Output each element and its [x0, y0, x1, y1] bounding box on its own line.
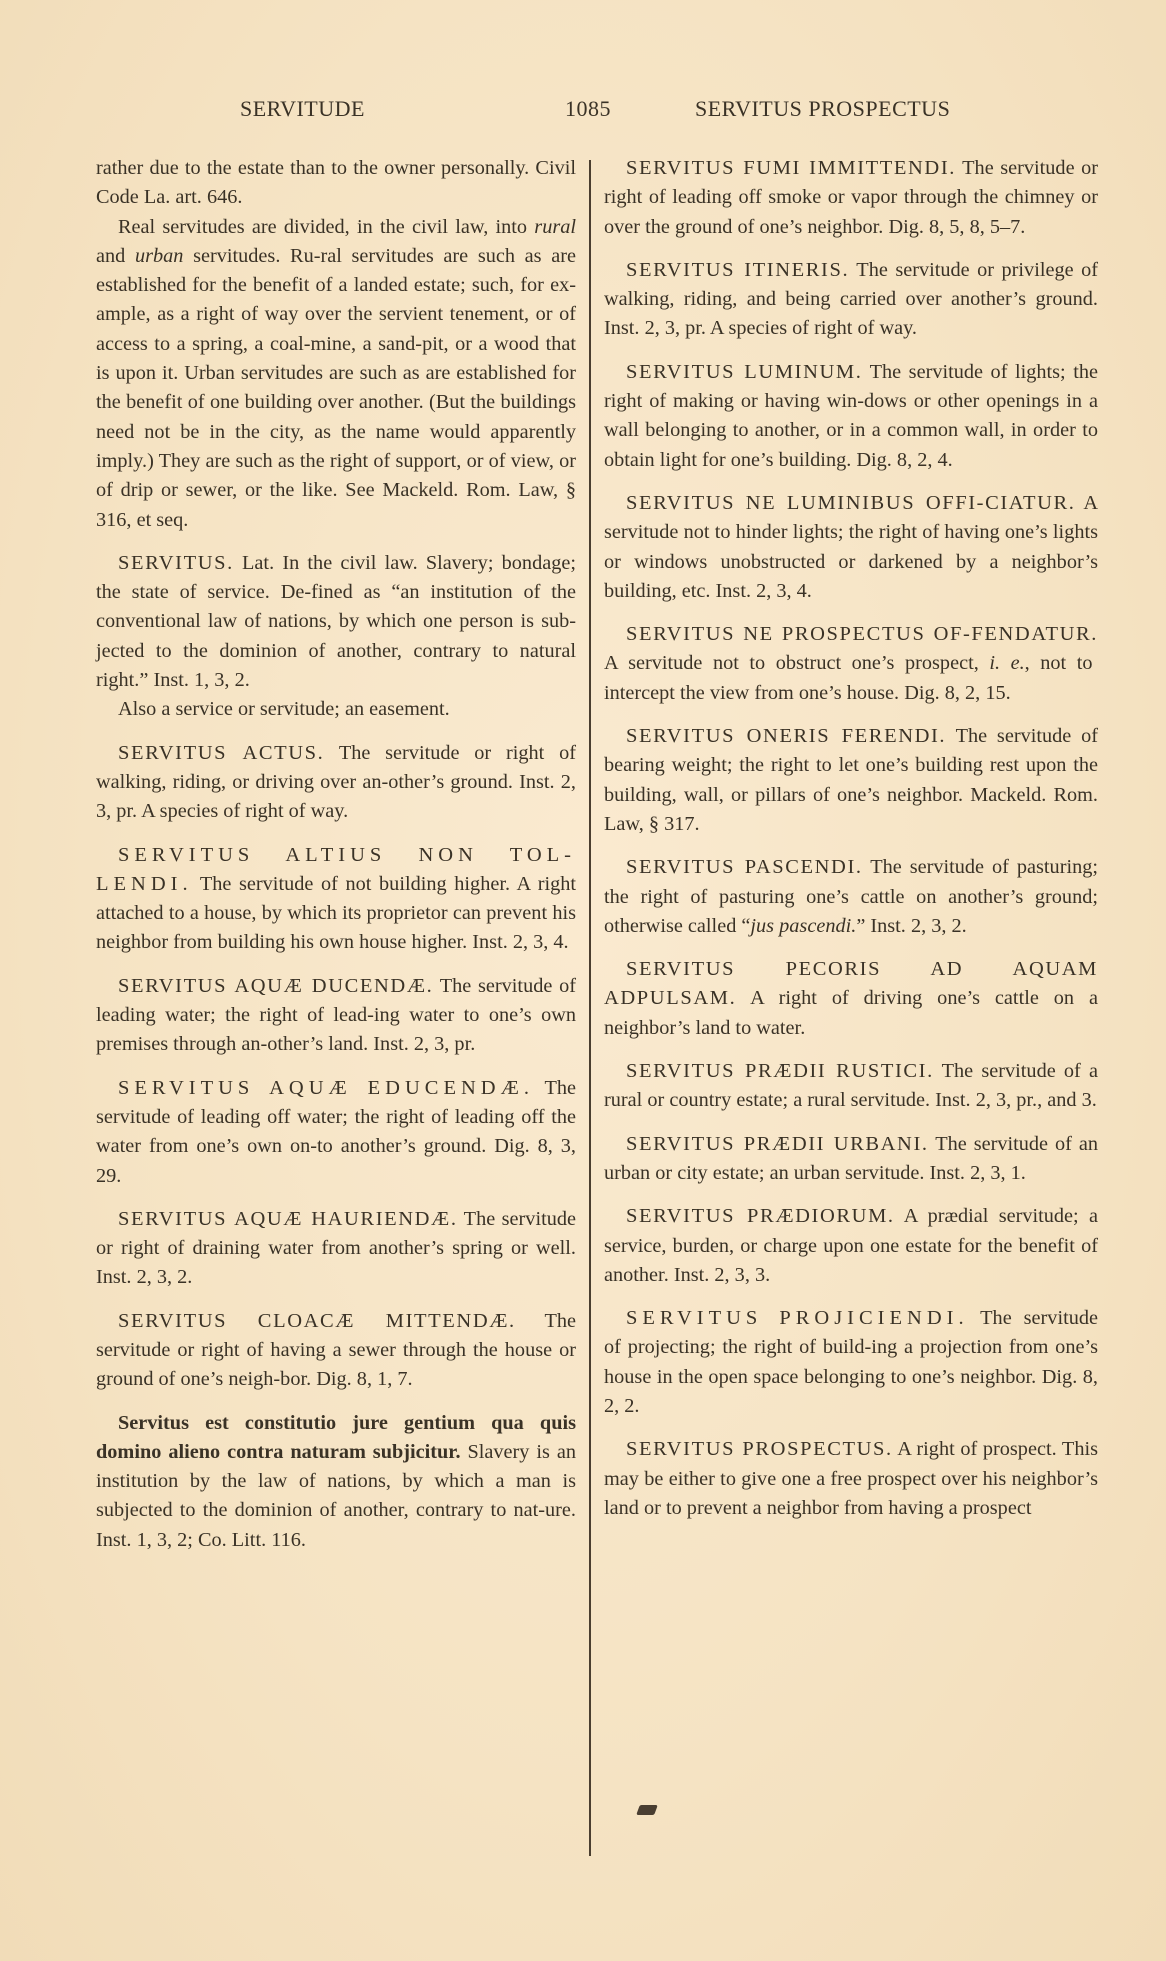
headword: SERVITUS ITINERIS.	[626, 259, 849, 281]
italic-term-rural: rural	[534, 216, 576, 238]
headword: SERVITUS PROSPECTUS.	[626, 1438, 893, 1460]
definition: ” Inst. 2, 3, 2.	[856, 915, 966, 937]
entry-servitus-altius-non-tollendi: SERVITUS ALTIUS NON TOL-LENDI. The servi…	[96, 841, 576, 958]
text-run: servitudes. Ru-ral servitudes are such a…	[96, 245, 576, 531]
headword: SERVITUS.	[118, 552, 234, 574]
headword: SERVITUS NE PROSPECTUS OF-FENDATUR.	[626, 623, 1098, 645]
headword: SERVITUS CLOACÆ MITTENDÆ.	[118, 1310, 516, 1332]
definition: Also a service or servitude; an easement…	[118, 698, 450, 720]
right-guide-word: SERVITUS PROSPECTUS	[695, 96, 950, 122]
headword: SERVITUS AQUÆ EDUCENDÆ.	[118, 1077, 534, 1099]
entry-servitus-aquae-educendae: SERVITUS AQUÆ EDUCENDÆ. The servitude of…	[96, 1074, 576, 1191]
left-guide-word: SERVITUDE	[240, 96, 365, 122]
entry-servitus-pecoris-ad-aquam-adpulsam: SERVITUS PECORIS AD AQUAM ADPULSAM. A ri…	[604, 955, 1098, 1043]
headword: SERVITUS ONERIS FERENDI.	[626, 725, 946, 747]
entry-servitus-aquae-ducendae: SERVITUS AQUÆ DUCENDÆ. The servitude of …	[96, 972, 576, 1060]
column-divider	[589, 160, 591, 1856]
entry-servitus-prospectus: SERVITUS PROSPECTUS. A right of prospect…	[604, 1435, 1098, 1523]
italic-abbreviation: i. e.	[989, 652, 1024, 674]
right-column: SERVITUS FUMI IMMITTENDI. The servitude …	[604, 154, 1098, 1523]
headword: SERVITUS AQUÆ HAURIENDÆ.	[118, 1208, 458, 1230]
text-run: Real servitudes are divided, in the civi…	[118, 216, 534, 238]
page-number: 1085	[565, 96, 611, 122]
entry-servitus-praediorum: SERVITUS PRÆDIORUM. A prædial servitude;…	[604, 1202, 1098, 1290]
entry-servitus-ne-luminibus-officiatur: SERVITUS NE LUMINIBUS OFFI-CIATUR. A ser…	[604, 489, 1098, 606]
entry-servitus-oneris-ferendi: SERVITUS ONERIS FERENDI. The servitude o…	[604, 722, 1098, 839]
running-head: SERVITUDE 1085 SERVITUS PROSPECTUS	[240, 96, 1020, 126]
latin-maxim: Servitus est constitutio jure gentium qu…	[96, 1409, 576, 1555]
entry-servitus-sense-2: Also a service or servitude; an easement…	[96, 695, 576, 724]
entry-servitus-ne-prospectus-offendatur: SERVITUS NE PROSPECTUS OF-FENDATUR. A se…	[604, 620, 1098, 708]
ink-smudge	[636, 1805, 658, 1815]
headword: SERVITUS PROJICIENDI.	[626, 1307, 969, 1329]
entry-servitus-luminum: SERVITUS LUMINUM. The servitude of light…	[604, 358, 1098, 475]
continued-text: rather due to the estate than to the own…	[96, 154, 576, 213]
headword: SERVITUS PASCENDI.	[626, 856, 863, 878]
italic-latin-term: jus pascendi.	[750, 915, 856, 937]
entry-servitus-fumi-immittendi: SERVITUS FUMI IMMITTENDI. The servitude …	[604, 154, 1098, 242]
headword: SERVITUS PRÆDIORUM.	[626, 1205, 895, 1227]
text-run: and	[96, 245, 135, 267]
headword: SERVITUS LUMINUM.	[626, 361, 862, 383]
entry-servitus-pascendi: SERVITUS PASCENDI. The servitude of past…	[604, 853, 1098, 941]
entry-servitus-itineris: SERVITUS ITINERIS. The servitude or priv…	[604, 256, 1098, 344]
entry-servitus-cloacae-mittendae: SERVITUS CLOACÆ MITTENDÆ. The servitude …	[96, 1307, 576, 1395]
entry-servitus-aquae-hauriendae: SERVITUS AQUÆ HAURIENDÆ. The servitude o…	[96, 1205, 576, 1293]
entry-servitus: SERVITUS. Lat. In the civil law. Slavery…	[96, 549, 576, 695]
headword: SERVITUS PRÆDII RUSTICI.	[626, 1060, 934, 1082]
headword: SERVITUS NE LUMINIBUS OFFI-CIATUR.	[626, 492, 1075, 514]
entry-servitus-actus: SERVITUS ACTUS. The servitude or right o…	[96, 739, 576, 827]
headword: SERVITUS FUMI IMMITTENDI.	[626, 157, 956, 179]
real-servitudes-paragraph: Real servitudes are divided, in the civi…	[96, 213, 576, 535]
entry-servitus-praedii-urbani: SERVITUS PRÆDII URBANI. The servitude of…	[604, 1130, 1098, 1189]
entry-servitus-praedii-rustici: SERVITUS PRÆDII RUSTICI. The servitude o…	[604, 1057, 1098, 1116]
headword: SERVITUS ACTUS.	[118, 742, 324, 764]
definition: A servitude not to obstruct one’s prospe…	[604, 652, 989, 674]
dictionary-page: SERVITUDE 1085 SERVITUS PROSPECTUS rathe…	[0, 0, 1166, 1961]
headword: SERVITUS AQUÆ DUCENDÆ.	[118, 975, 433, 997]
italic-term-urban: urban	[135, 245, 183, 267]
headword: SERVITUS PRÆDII URBANI.	[626, 1133, 929, 1155]
entry-servitus-projiciendi: SERVITUS PROJICIENDI. The servitude of p…	[604, 1304, 1098, 1421]
left-column: rather due to the estate than to the own…	[96, 154, 576, 1569]
